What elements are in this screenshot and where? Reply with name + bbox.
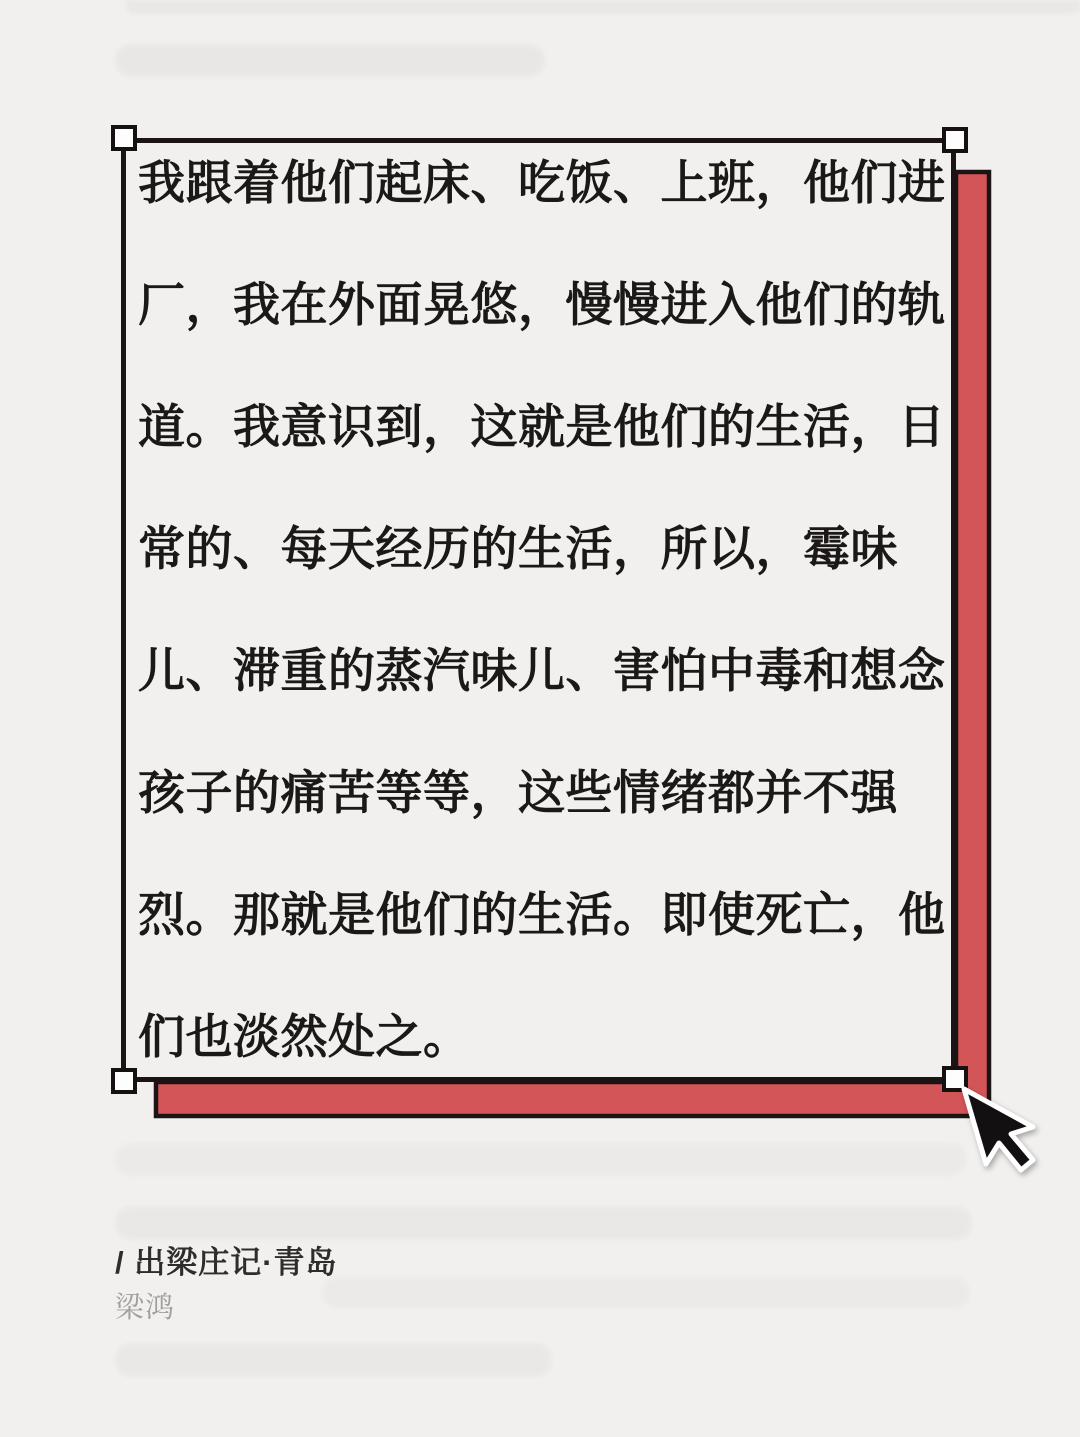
- quote-line: 孩子的痛苦等等，这些情绪都并不强: [138, 732, 953, 854]
- author-name: 梁鸿: [115, 1289, 338, 1327]
- book-source: / 出梁庄记·青岛: [115, 1243, 338, 1283]
- blurred-text-line: [126, 0, 1080, 14]
- quote-line: 常的、每天经历的生活，所以，霉味: [138, 488, 953, 610]
- selection-handle-bottom-right[interactable]: [942, 1066, 968, 1092]
- mouse-cursor-icon: [964, 1089, 1033, 1170]
- blurred-text-line: [322, 1277, 970, 1308]
- quote-text-block: 我跟着他们起床、吃饭、上班，他们进 厂，我在外面晃悠，慢慢进入他们的轨 道。我意…: [138, 122, 953, 1098]
- quote-line: 儿、滞重的蒸汽味儿、害怕中毒和想念: [138, 610, 953, 732]
- blurred-text-line: [115, 1143, 967, 1176]
- blurred-text-line: [115, 1206, 972, 1240]
- attribution-block: / 出梁庄记·青岛 梁鸿: [115, 1243, 338, 1327]
- quote-line: 厂，我在外面晃悠，慢慢进入他们的轨: [138, 244, 953, 366]
- quote-line: 们也淡然处之。: [138, 976, 953, 1098]
- quote-line: 我跟着他们起床、吃饭、上班，他们进: [138, 122, 953, 244]
- selection-handle-top-left[interactable]: [111, 125, 137, 151]
- blurred-text-line: [115, 44, 545, 77]
- selection-handle-bottom-left[interactable]: [111, 1068, 137, 1094]
- quote-line: 烈。那就是他们的生活。即使死亡，他: [138, 854, 953, 976]
- selection-handle-top-right[interactable]: [942, 127, 968, 153]
- quote-line: 道。我意识到，这就是他们的生活，日: [138, 366, 953, 488]
- blurred-text-line: [115, 1343, 552, 1377]
